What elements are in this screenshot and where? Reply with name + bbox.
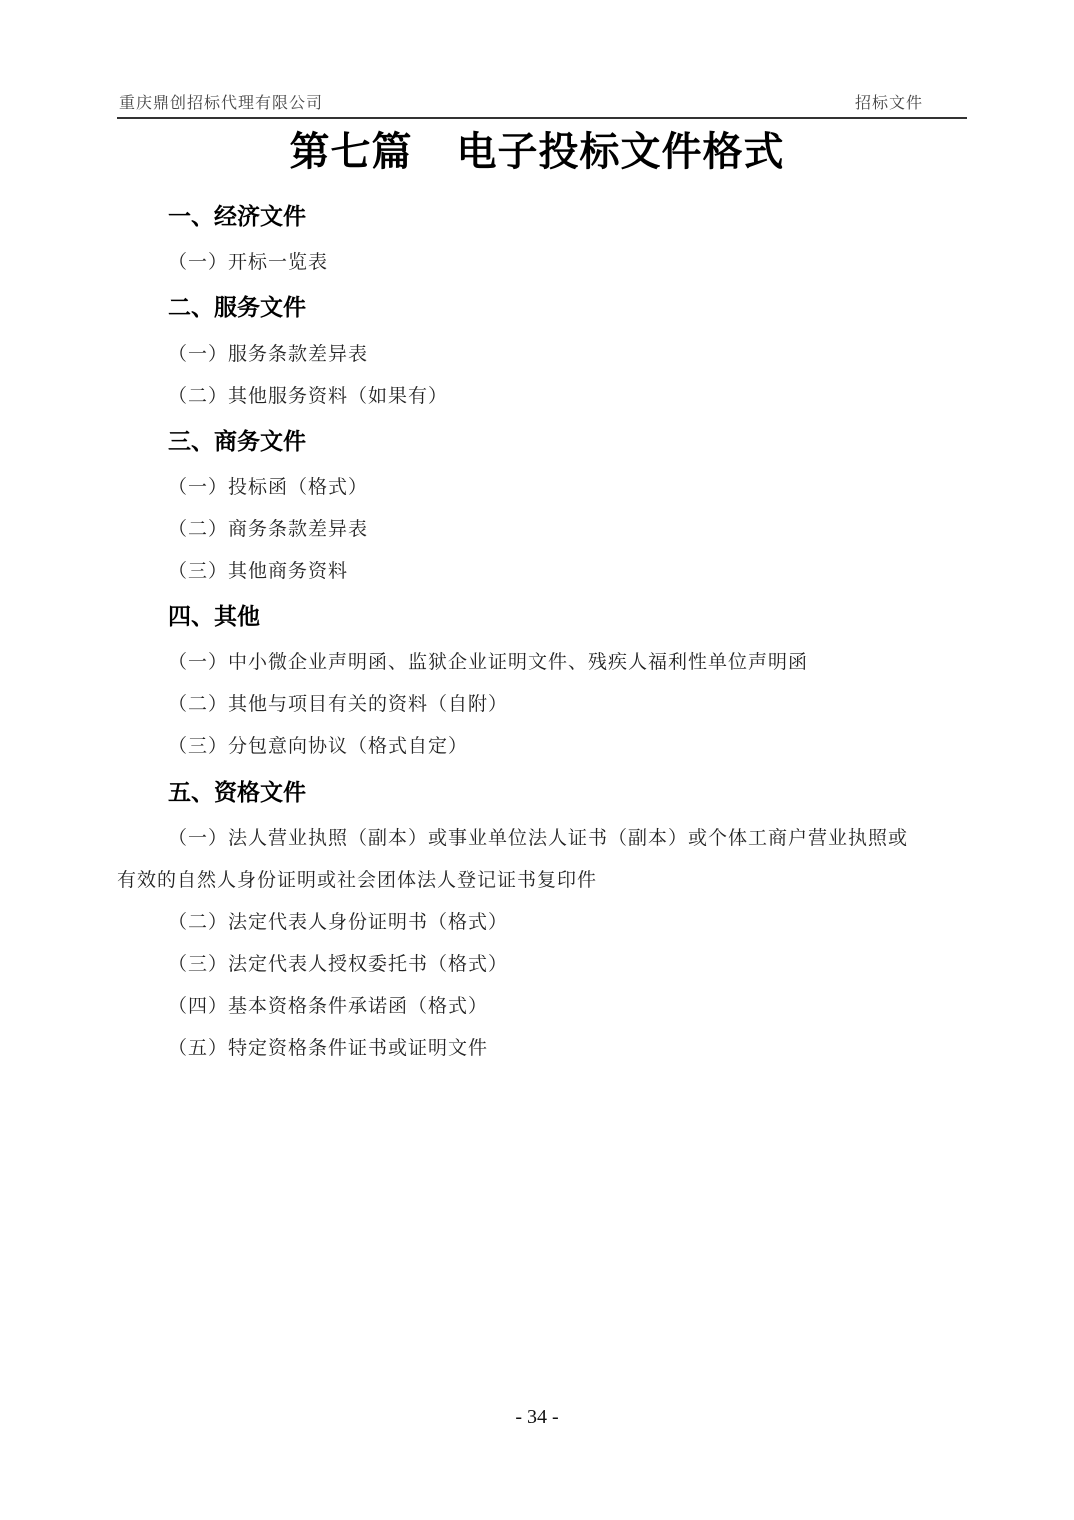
list-item: （一）投标函（格式） [168, 472, 368, 499]
section-heading-other: 四、其他 [168, 598, 260, 631]
list-item: （一）开标一览表 [168, 247, 328, 274]
list-item: （二）其他与项目有关的资料（自附） [168, 689, 508, 716]
list-item: （一）法人营业执照（副本）或事业单位法人证书（副本）或个体工商户营业执照或 [168, 823, 908, 850]
list-item: （二）其他服务资料（如果有） [168, 381, 448, 408]
list-item: （二）商务条款差异表 [168, 514, 368, 541]
list-item: （二）法定代表人身份证明书（格式） [168, 907, 508, 934]
header-company: 重庆鼎创招标代理有限公司 [119, 90, 323, 113]
header-doc-type: 招标文件 [855, 90, 923, 113]
title-name: 电子投标文件格式 [457, 129, 785, 175]
section-heading-business: 三、商务文件 [168, 423, 306, 456]
page-number: - 34 - [0, 1406, 1074, 1429]
list-item: （五）特定资格条件证书或证明文件 [168, 1033, 488, 1060]
list-item: （三）分包意向协议（格式自定） [168, 731, 468, 758]
list-item: （一）中小微企业声明函、监狱企业证明文件、残疾人福利性单位声明函 [168, 647, 808, 674]
page-header: 重庆鼎创招标代理有限公司 招标文件 [117, 88, 967, 119]
title-part: 第七篇 [290, 129, 413, 175]
section-heading-economic: 一、经济文件 [168, 198, 306, 231]
list-item-continuation: 有效的自然人身份证明或社会团体法人登记证书复印件 [117, 865, 597, 892]
list-item: （三）其他商务资料 [168, 556, 348, 583]
page-title: 第七篇电子投标文件格式 [0, 120, 1074, 177]
list-item: （一）服务条款差异表 [168, 339, 368, 366]
list-item: （四）基本资格条件承诺函（格式） [168, 991, 488, 1018]
section-heading-service: 二、服务文件 [168, 289, 306, 322]
list-item: （三）法定代表人授权委托书（格式） [168, 949, 508, 976]
section-heading-qualification: 五、资格文件 [168, 774, 306, 807]
